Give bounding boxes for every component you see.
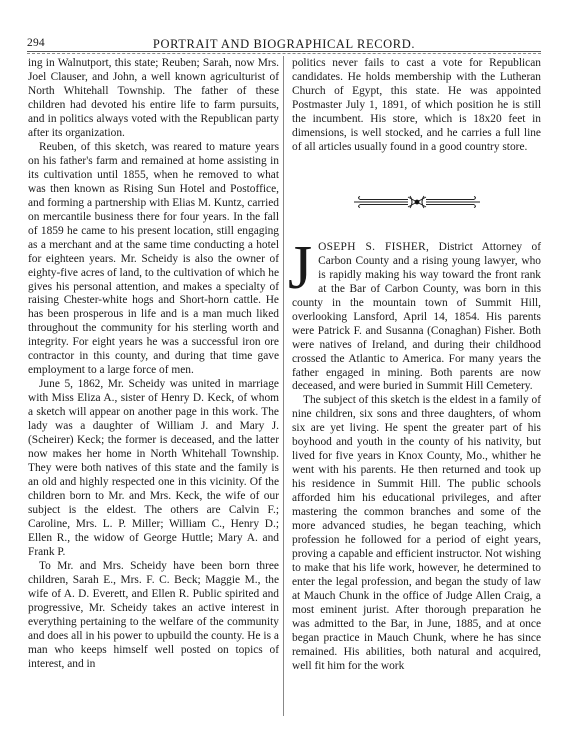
page-header: 294 PORTRAIT AND BIOGRAPHICAL RECORD. [27,37,541,51]
biography-opening-paragraph: JOSEPH S. FISHER, District Attorney of C… [292,241,541,395]
running-title: PORTRAIT AND BIOGRAPHICAL RECORD. [27,37,541,52]
right-column: politics never fails to cast a vote for … [292,57,541,674]
paragraph: ing in Walnutport, this state; Reuben; S… [28,57,279,141]
paragraph-text: District Attorney of Carbon County and a… [292,241,541,393]
paragraph: June 5, 1862, Mr. Scheidy was united in … [28,378,279,560]
column-divider [283,56,284,716]
paragraph: politics never fails to cast a vote for … [292,57,541,155]
drop-cap: J [288,243,312,295]
paragraph: To Mr. and Mrs. Scheidy have been born t… [28,560,279,672]
subject-name: OSEPH S. FISHER, [318,241,429,253]
header-rule [27,51,541,54]
ornament-divider-icon [352,193,482,211]
left-column: ing in Walnutport, this state; Reuben; S… [28,57,279,672]
paragraph: Reuben, of this sketch, was reared to ma… [28,141,279,378]
paragraph: The subject of this sketch is the eldest… [292,394,541,673]
